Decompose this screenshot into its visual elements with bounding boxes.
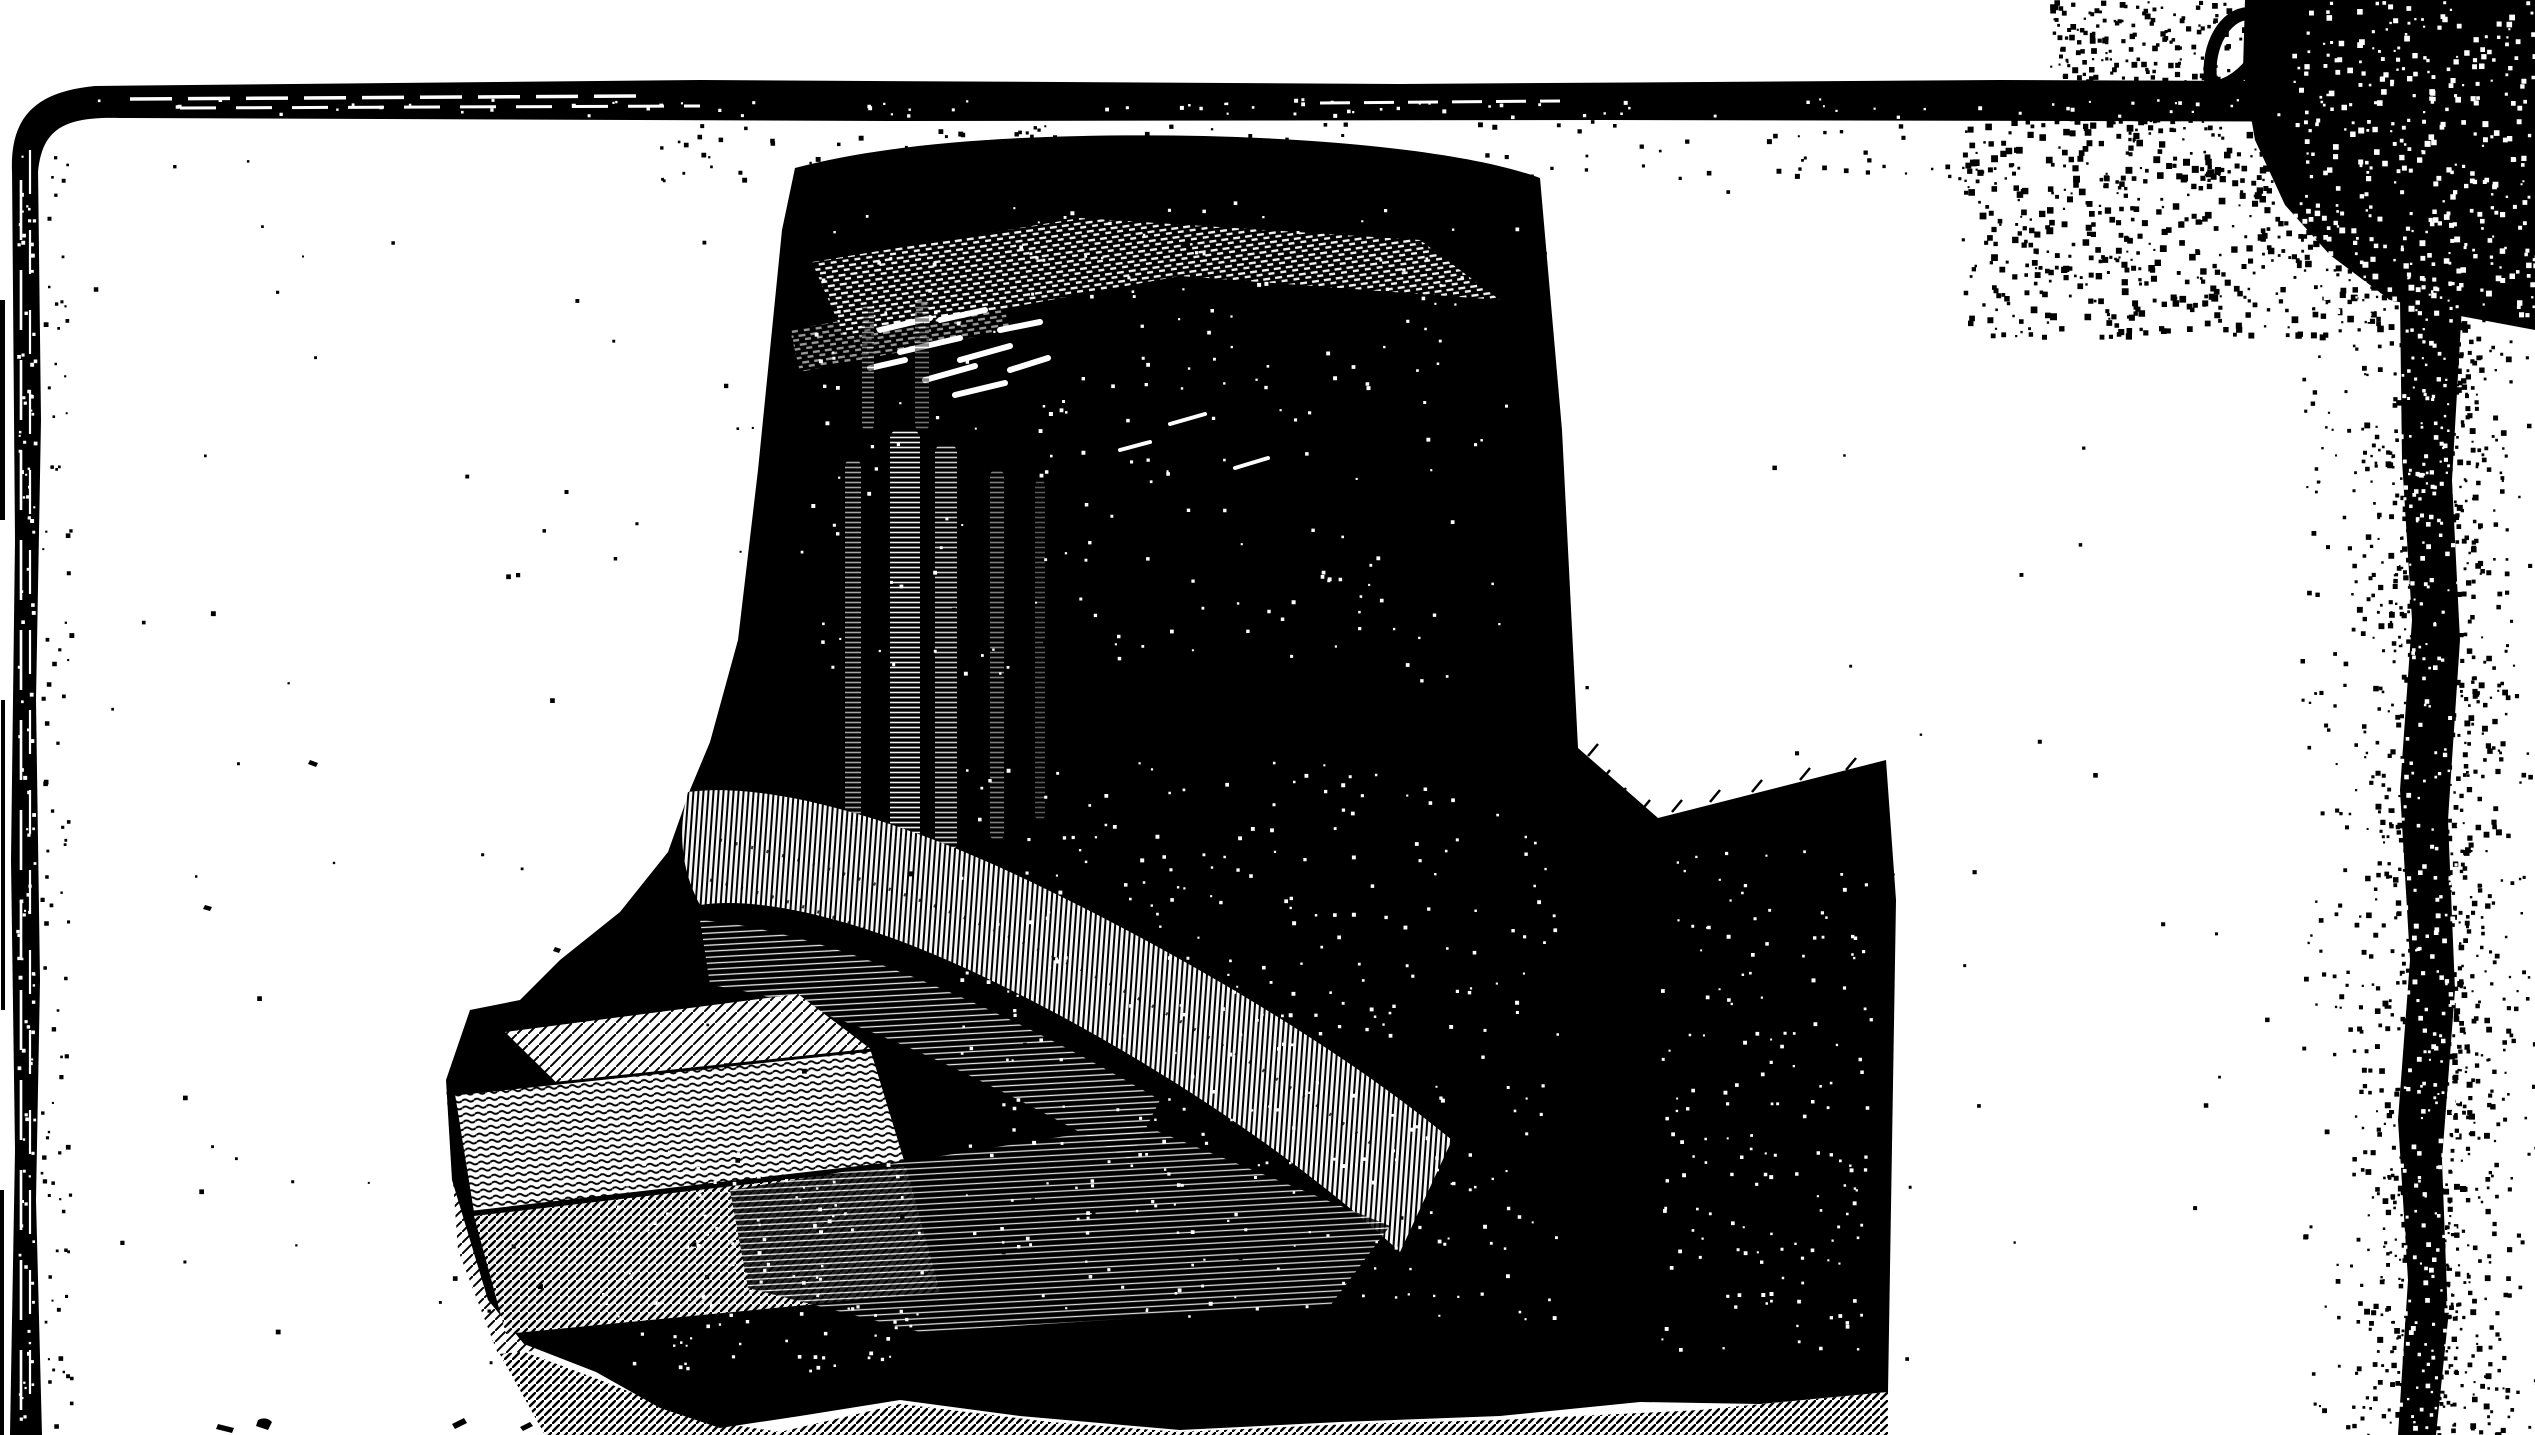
scanned-plate-page: Pl: [0, 0, 2535, 1435]
plate-scan: [0, 0, 2535, 1435]
